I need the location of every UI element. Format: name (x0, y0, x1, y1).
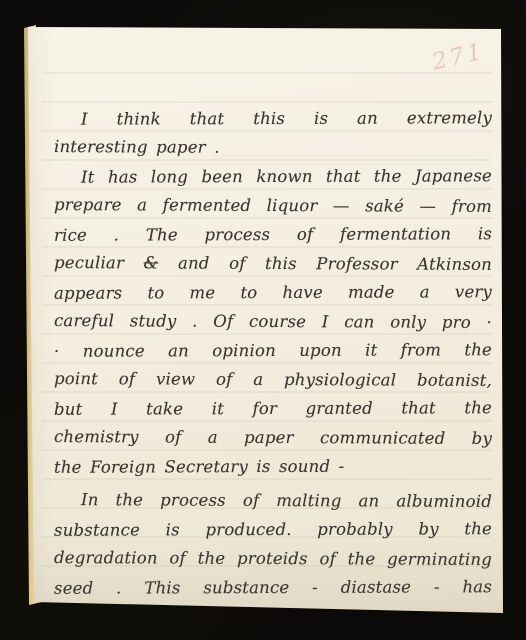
photo-of-manuscript: 271 I think that this is an extremely in… (0, 0, 526, 640)
text-line: interesting paper . (54, 132, 492, 163)
text-line: careful study . Of course I can only pro… (54, 306, 492, 337)
text-line: prepare a fermented liquor — saké — from (54, 190, 492, 221)
text-line: peculiar & and of this Professor Atkinso… (54, 248, 492, 279)
text-line: seed . This substance - diastase - has (54, 572, 492, 603)
text-line: but I take it for granted that the (54, 393, 492, 424)
text-line: substance is produced. probably by the (54, 514, 492, 545)
text-line: point of view of a physiological botanis… (54, 364, 492, 395)
handwritten-text-block: I think that this is an extremely intere… (54, 104, 492, 602)
text-line: appears to me to have made a very (54, 277, 492, 308)
text-line: · nounce an opinion upon it from the (54, 335, 492, 366)
text-line: It has long been known that the Japanese (54, 161, 492, 192)
text-fragment: peculiar (54, 253, 124, 272)
text-line: chemistry of a paper communicated by (54, 422, 492, 453)
struck-word: & (144, 253, 159, 272)
manuscript-page: 271 I think that this is an extremely in… (24, 24, 506, 616)
text-line: In the process of malting an albuminoid (54, 485, 492, 516)
text-line: I think that this is an extremely (54, 103, 492, 134)
text-line: the Foreign Secretary is sound - (54, 451, 492, 482)
folio-number: 271 (430, 38, 487, 75)
text-line: degradation of the proteids of the germi… (54, 543, 492, 574)
text-fragment: and of this Professor Atkinson (178, 254, 492, 274)
text-line: rice . The process of fermentation is (54, 219, 492, 250)
